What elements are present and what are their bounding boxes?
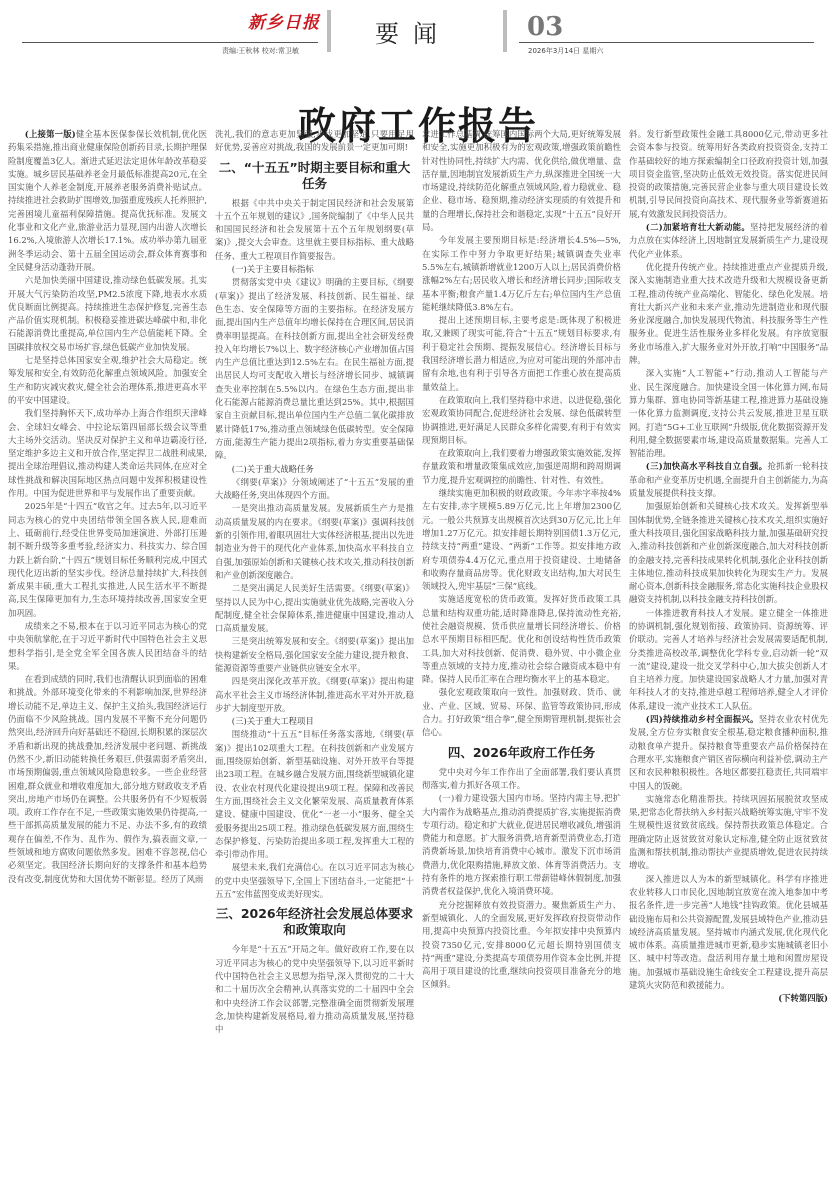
paragraph: 优化提升传统产业。持续推进重点产业提质升级,深入实施制造业重大技术改造升级和大规… bbox=[629, 261, 828, 367]
paragraph-lead: (上接第一版) bbox=[25, 129, 76, 139]
subsection-heading: (一)关于主要目标指标 bbox=[215, 263, 414, 276]
paragraph: 深入实施“人工智能+”行动,推动人工智能与产业、民生深度融合。加快建设全国一体化… bbox=[629, 367, 828, 460]
paragraph: (四)持续推动乡村全面振兴。坚持农业农村优先发展,全方位夯实粮食安全根基,稳定粮… bbox=[629, 713, 828, 793]
paragraph: 充分挖掘释放有效投资潜力。聚焦新质生产力、新型城镇化、人的全面发展,更好发挥政府… bbox=[422, 899, 621, 992]
paragraph: 展望未来,我们充满信心。在以习近平同志为核心的党中央坚强领导下,全国上下团结奋斗… bbox=[215, 861, 414, 901]
paragraph: (上接第一版)健全基本医保参保长效机制,优化医药集采措施,推出商业健康保险创新药… bbox=[8, 128, 207, 274]
paragraph: 一是突出推动高质量发展。发展新质生产力是推动高质量发展的内在要求。《纲要(草案)… bbox=[215, 502, 414, 582]
paragraph-lead: (三)加快高水平科技自立自强。 bbox=[646, 461, 768, 471]
paragraph: 实施常态化精准帮扶。持续巩固拓展脱贫攻坚成果,把常态化帮扶纳入乡村振兴战略统筹实… bbox=[629, 793, 828, 873]
header-divider-left bbox=[327, 10, 331, 52]
masthead: 新乡日报 责编:王秋林 校对:常卫敏 要闻 03 2026年3月14日 星期六 bbox=[0, 0, 836, 60]
editor-credits: 责编:王秋林 校对:常卫敏 bbox=[222, 46, 299, 56]
newspaper-logo: 新乡日报 bbox=[248, 8, 320, 33]
section-heading: 二、“十五五”时期主要目标和重大任务 bbox=[215, 160, 414, 192]
paragraph: 斜。发行新型政策性金融工具8000亿元,带动更多社会资本参与投资。统筹用好各类政… bbox=[629, 128, 828, 221]
paragraph-lead: (四)持续推动乡村全面振兴。 bbox=[646, 714, 759, 724]
paragraph: 根据《中共中央关于制定国民经济和社会发展第十五个五年规划的建议》,国务院编制了《… bbox=[215, 197, 414, 263]
paragraph: 提出上述预期目标,主要考虑是:既体现了积极进取,又兼顾了现实可能,符合“十五五”… bbox=[422, 314, 621, 394]
paragraph: 深入推进以人为本的新型城镇化。科学有序推进农业转移人口市民化,因地制宜放宽在流入… bbox=[629, 873, 828, 993]
subsection-heading: (二)关于重大战略任务 bbox=[215, 463, 414, 476]
paragraph: 六是加快美丽中国建设,推动绿色低碳发展。扎实开展大气污染防治攻坚,PM2.5浓度… bbox=[8, 274, 207, 354]
paragraph: (一)着力建设强大国内市场。坚持内需主导,把扩大内需作为战略基点,推动消费提质扩… bbox=[422, 792, 621, 898]
paragraph: 在政策取向上,我们坚持稳中求进、以进促稳,强化宏观政策协同配合,促进经济社会发展… bbox=[422, 394, 621, 447]
paragraph: 今年发展主要预期目标是:经济增长4.5%—5%,在实际工作中努力争取更好结果;城… bbox=[422, 234, 621, 314]
paragraph: 实施适度宽松的货币政策。发挥好货币政策工具总量和结构双重功能,适时降准降息,保持… bbox=[422, 593, 621, 686]
column-1: (上接第一版)健全基本医保参保长效机制,优化医药集采措施,推出商业健康保险创新药… bbox=[8, 128, 207, 1196]
section-heading: 四、2026年政府工作任务 bbox=[422, 745, 621, 761]
paragraph: 二是突出满足人民美好生活需要。《纲要(草案)》坚持以人民为中心,提出实施就业优先… bbox=[215, 582, 414, 635]
column-2: 洗礼,我们的意志更加坚强,步伐更加坚定,只要用足用好优势,妥善应对挑战,我国的发… bbox=[215, 128, 414, 1196]
paragraph: 贯彻落实党中央《建议》明确的主要目标,《纲要(草案)》提出了经济发展、科技创新、… bbox=[215, 276, 414, 462]
subsection-heading: (三)关于重大工程项目 bbox=[215, 715, 414, 728]
continuation-line: (下转第四版) bbox=[629, 992, 828, 1005]
paragraph: 四是突出深化改革开放。《纲要(草案)》提出构建高水平社会主义市场经济体制,推进高… bbox=[215, 675, 414, 715]
paragraph: 继续实施更加积极的财政政策。今年赤字率按4%左右安排,赤字规模5.89万亿元,比… bbox=[422, 487, 621, 593]
paragraph: 一体推进教育科技人才发展。建立健全一体推进的协调机制,强化规划衔接、政策协同、资… bbox=[629, 607, 828, 713]
paragraph: 在政策取向上,我们要着力增强政策实施效能,发挥存量政策和增量政策集成效应,加强逆… bbox=[422, 447, 621, 487]
continued-on-notice: (下转第四版) bbox=[778, 993, 828, 1003]
paragraph: 在看到成绩的同时,我们也清醒认识到面临的困难和挑战。外部环境变化带来的不利影响加… bbox=[8, 673, 207, 886]
paragraph: 2025年是“十四五”收官之年。过去5年,以习近平同志为核心的党中央团结带领全国… bbox=[8, 500, 207, 620]
paragraph: 《纲要(草案)》分领域阐述了“十五五”发展的重大战略任务,突出体现四个方面。 bbox=[215, 476, 414, 503]
paragraph: 加强原始创新和关键核心技术攻关。发挥新型举国体制优势,全链条推进关键核心技术攻关… bbox=[629, 500, 828, 606]
page-number: 03 bbox=[527, 12, 563, 42]
dateline: 2026年3月14日 星期六 bbox=[528, 46, 603, 56]
paragraph: 七是坚持总体国家安全观,维护社会大局稳定。统筹发展和安全,有效防范化解重点领域风… bbox=[8, 354, 207, 407]
header-rule-right bbox=[519, 42, 814, 43]
paragraph: 今年是“十五五”开局之年。做好政府工作,要在以习近平同志为核心的党中央坚强领导下… bbox=[215, 943, 414, 1036]
paragraph: 我们坚持胸怀天下,成功举办上海合作组织天津峰会、全球妇女峰会、中拉论坛第四届部长… bbox=[8, 407, 207, 500]
paragraph: (三)加快高水平科技自立自强。抢抓新一轮科技革命和产业变革历史机遇,全面提升自主… bbox=[629, 460, 828, 500]
section-heading: 三、2026年经济社会发展总体要求和政策取向 bbox=[215, 906, 414, 938]
paragraph: 洗礼,我们的意志更加坚强,步伐更加坚定,只要用足用好优势,妥善应对挑战,我国的发… bbox=[215, 128, 414, 155]
paragraph: 三是突出统筹发展和安全。《纲要(草案)》提出加快构建新安全格局,强化国家安全能力… bbox=[215, 635, 414, 675]
paragraph: 求进工作总基调,统筹国内国际两个大局,更好统筹发展和安全,实施更加积极有为的宏观… bbox=[422, 128, 621, 234]
paragraph-lead: (二)加紧培育壮大新动能。 bbox=[646, 222, 750, 232]
paragraph: 党中央对今年工作作出了全面部署,我们要认真贯彻落实,着力抓好各项工作。 bbox=[422, 766, 621, 793]
paragraph: (二)加紧培育壮大新动能。坚持把发展经济的着力点放在实体经济上,因地制宜发展新质… bbox=[629, 221, 828, 261]
section-title: 要闻 bbox=[375, 14, 451, 49]
header-rule-left bbox=[22, 42, 318, 43]
header-divider-right bbox=[503, 10, 507, 52]
paragraph: 成绩来之不易,根本在于以习近平同志为核心的党中央领航掌舵,在于习近平新时代中国特… bbox=[8, 620, 207, 673]
column-3: 求进工作总基调,统筹国内国际两个大局,更好统筹发展和安全,实施更加积极有为的宏观… bbox=[422, 128, 621, 1196]
article-body: (上接第一版)健全基本医保参保长效机制,优化医药集采措施,推出商业健康保险创新药… bbox=[8, 128, 828, 1196]
paragraph: 围绕推动“十五五”目标任务落实落地,《纲要(草案)》提出102项重大工程。在科技… bbox=[215, 728, 414, 861]
paragraph: 强化宏观政策取向一致性。加强财政、货币、就业、产业、区域、贸易、环保、监管等政策… bbox=[422, 686, 621, 739]
column-4: 斜。发行新型政策性金融工具8000亿元,带动更多社会资本参与投资。统筹用好各类政… bbox=[629, 128, 828, 1196]
